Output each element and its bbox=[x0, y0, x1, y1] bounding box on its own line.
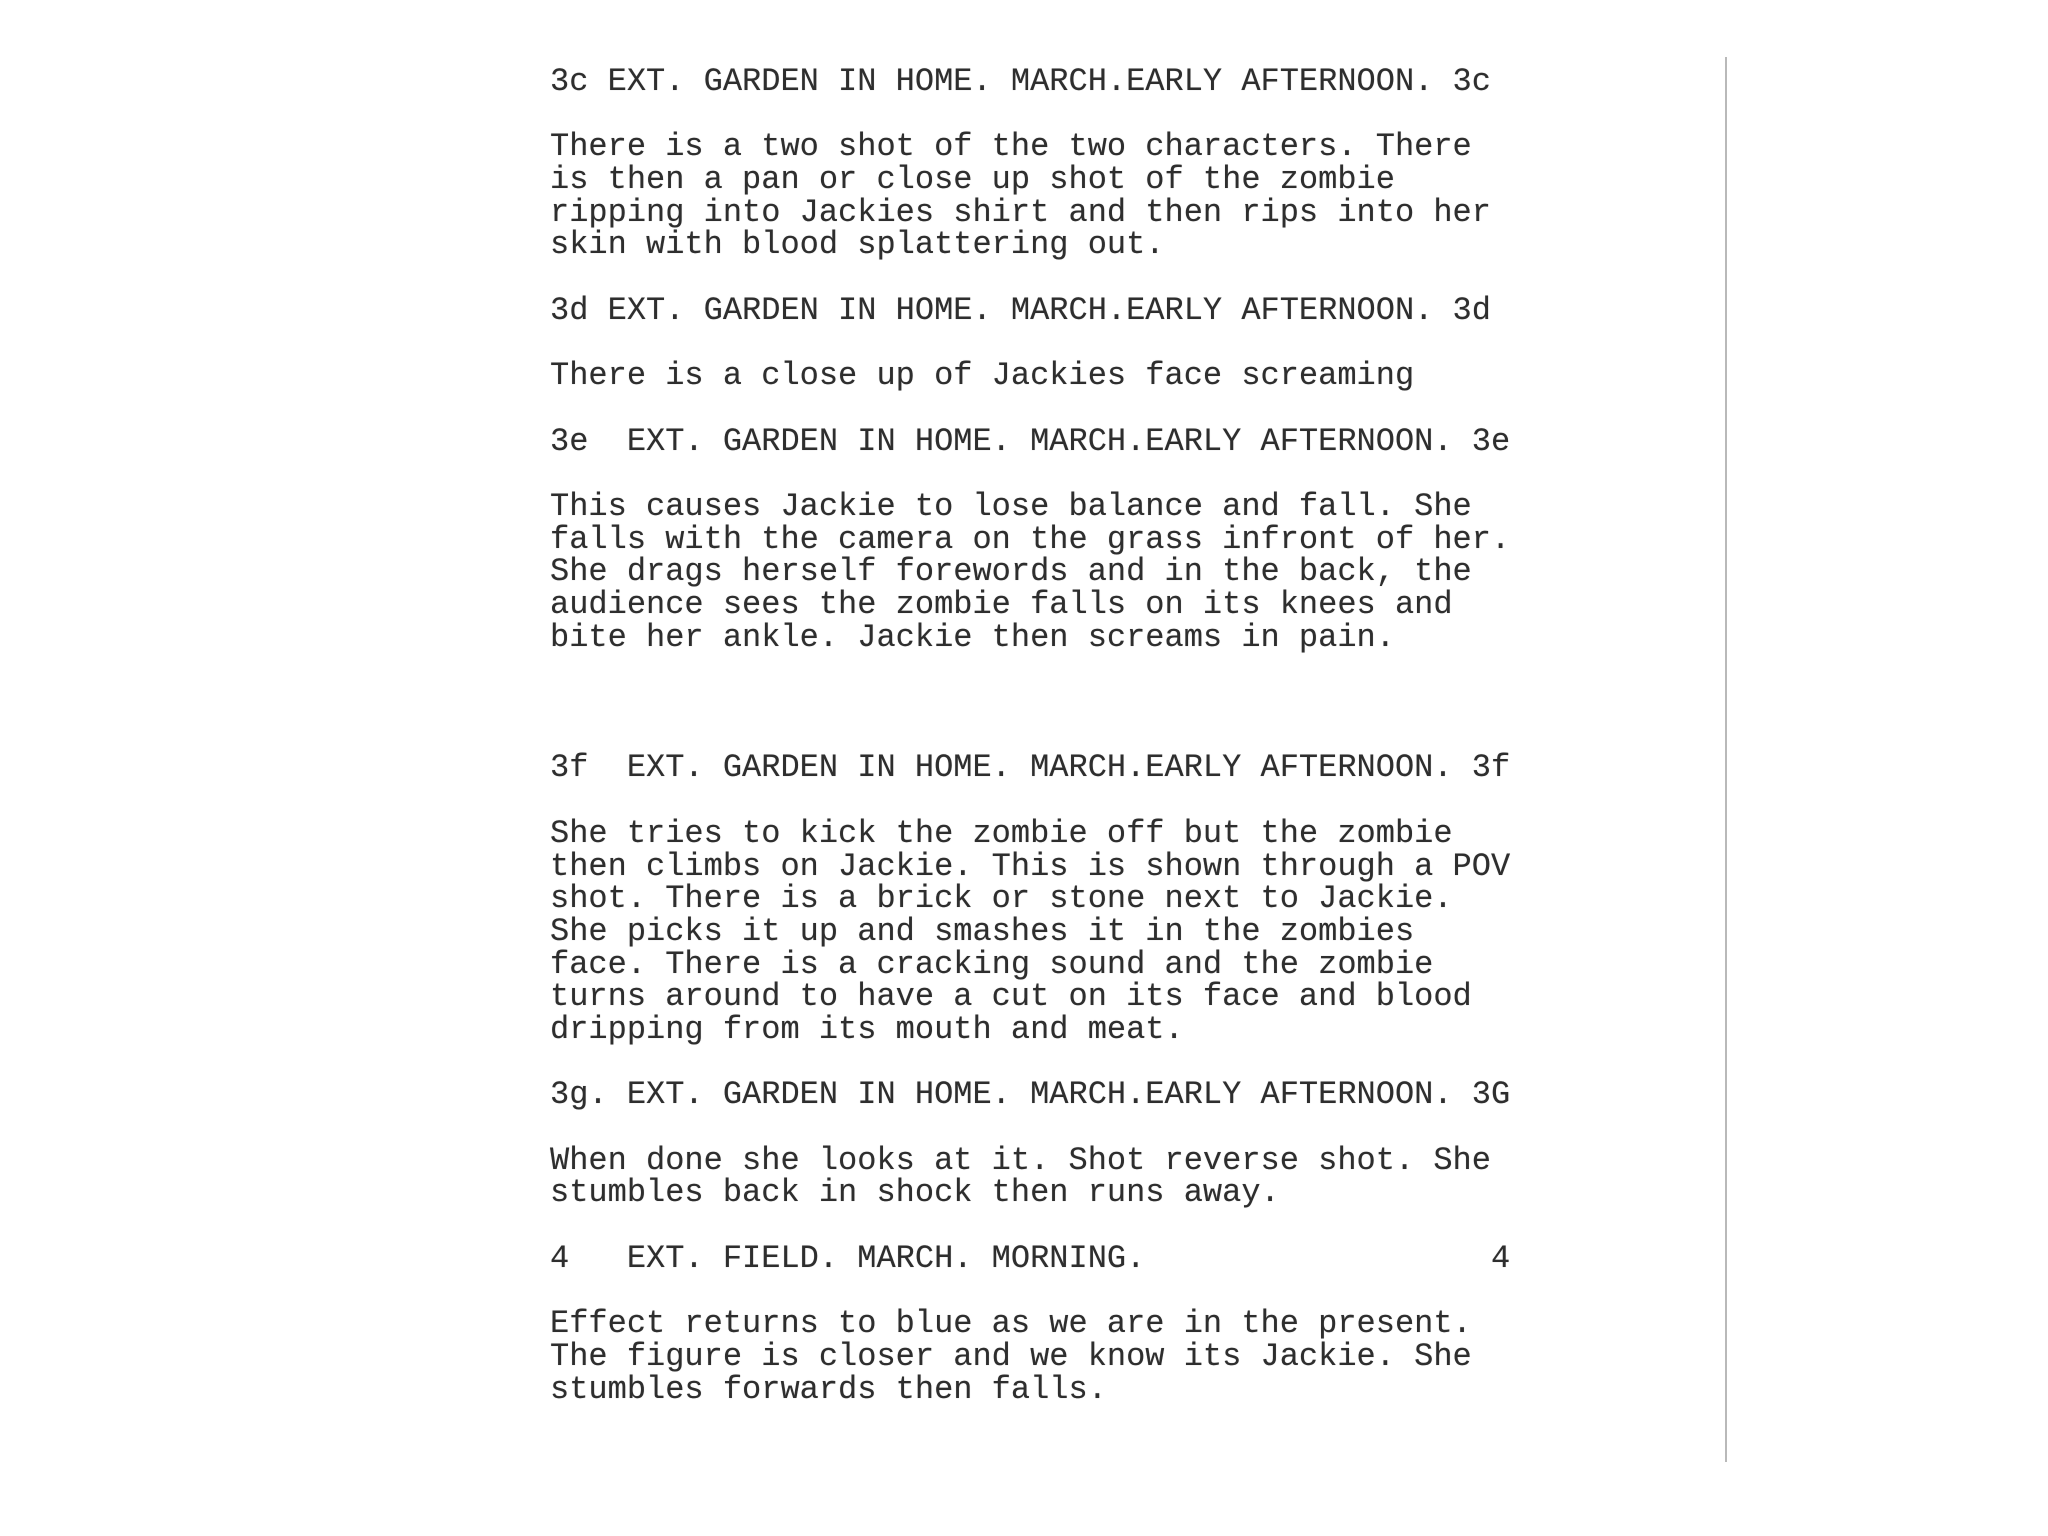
action-line: There is a two shot of the two character… bbox=[550, 131, 1510, 164]
scene-3d: 3d EXT. GARDEN IN HOME. MARCH.EARLY AFTE… bbox=[550, 295, 1510, 426]
blank-lines bbox=[550, 654, 1510, 752]
blank-line bbox=[550, 458, 1510, 491]
action-line: She picks it up and smashes it in the zo… bbox=[550, 916, 1510, 949]
blank-line bbox=[550, 785, 1510, 818]
action-line: turns around to have a cut on its face a… bbox=[550, 981, 1510, 1014]
scene-3g: 3g. EXT. GARDEN IN HOME. MARCH.EARLY AFT… bbox=[550, 1079, 1510, 1242]
scene-heading: 3g. EXT. GARDEN IN HOME. MARCH.EARLY AFT… bbox=[550, 1079, 1510, 1112]
scene-heading: 3c EXT. GARDEN IN HOME. MARCH.EARLY AFTE… bbox=[550, 66, 1510, 99]
action-line: ripping into Jackies shirt and then rips… bbox=[550, 197, 1510, 230]
action-line: is then a pan or close up shot of the zo… bbox=[550, 164, 1510, 197]
action-line: audience sees the zombie falls on its kn… bbox=[550, 589, 1510, 622]
scene-heading: 3d EXT. GARDEN IN HOME. MARCH.EARLY AFTE… bbox=[550, 295, 1510, 328]
action-line: falls with the camera on the grass infro… bbox=[550, 524, 1510, 557]
scene-3e: 3e EXT. GARDEN IN HOME. MARCH.EARLY AFTE… bbox=[550, 426, 1510, 753]
action-line: stumbles back in shock then runs away. bbox=[550, 1177, 1510, 1210]
action-line: bite her ankle. Jackie then screams in p… bbox=[550, 622, 1510, 655]
scene-3c: 3c EXT. GARDEN IN HOME. MARCH.EARLY AFTE… bbox=[550, 66, 1510, 295]
action-line: She drags herself forewords and in the b… bbox=[550, 556, 1510, 589]
screenplay-page: 3c EXT. GARDEN IN HOME. MARCH.EARLY AFTE… bbox=[0, 0, 2048, 1536]
action-line: The figure is closer and we know its Jac… bbox=[550, 1341, 1510, 1374]
blank-line bbox=[550, 1112, 1510, 1145]
action-line: Effect returns to blue as we are in the … bbox=[550, 1308, 1510, 1341]
page-margin-rule bbox=[1725, 57, 1727, 1462]
blank-line bbox=[550, 1275, 1510, 1308]
screenplay-body: 3c EXT. GARDEN IN HOME. MARCH.EARLY AFTE… bbox=[550, 66, 1510, 1406]
action-line: dripping from its mouth and meat. bbox=[550, 1014, 1510, 1047]
action-line: There is a close up of Jackies face scre… bbox=[550, 360, 1510, 393]
scene-heading: 3e EXT. GARDEN IN HOME. MARCH.EARLY AFTE… bbox=[550, 426, 1510, 459]
action-line: stumbles forwards then falls. bbox=[550, 1374, 1510, 1407]
action-line: face. There is a cracking sound and the … bbox=[550, 949, 1510, 982]
blank-line bbox=[550, 1047, 1510, 1080]
scene-3f: 3f EXT. GARDEN IN HOME. MARCH.EARLY AFTE… bbox=[550, 752, 1510, 1079]
scene-heading: 4 EXT. FIELD. MARCH. MORNING. 4 bbox=[550, 1243, 1510, 1276]
action-line: shot. There is a brick or stone next to … bbox=[550, 883, 1510, 916]
action-line: She tries to kick the zombie off but the… bbox=[550, 818, 1510, 851]
action-line: This causes Jackie to lose balance and f… bbox=[550, 491, 1510, 524]
scene-4: 4 EXT. FIELD. MARCH. MORNING. 4 Effect r… bbox=[550, 1243, 1510, 1406]
blank-line bbox=[550, 99, 1510, 132]
blank-line bbox=[550, 393, 1510, 426]
action-line: When done she looks at it. Shot reverse … bbox=[550, 1145, 1510, 1178]
blank-line bbox=[550, 262, 1510, 295]
action-line: then climbs on Jackie. This is shown thr… bbox=[550, 851, 1510, 884]
action-line: skin with blood splattering out. bbox=[550, 229, 1510, 262]
scene-heading: 3f EXT. GARDEN IN HOME. MARCH.EARLY AFTE… bbox=[550, 752, 1510, 785]
blank-line bbox=[550, 328, 1510, 361]
blank-line bbox=[550, 1210, 1510, 1243]
